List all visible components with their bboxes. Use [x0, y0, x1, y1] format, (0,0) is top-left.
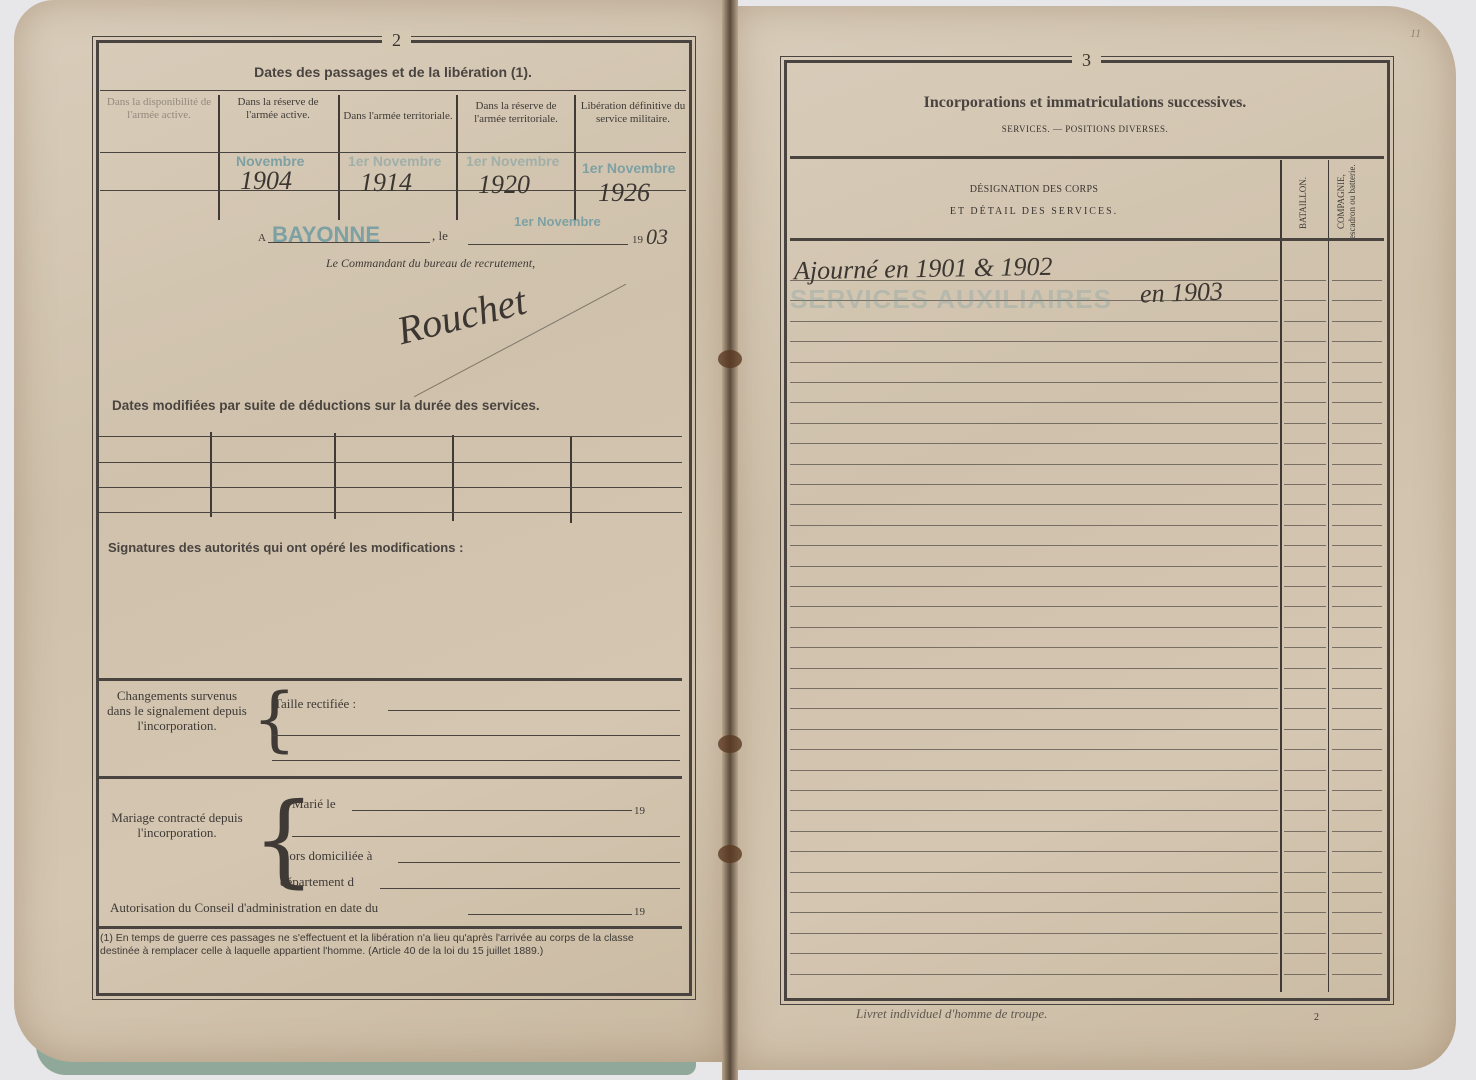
modified-dates-title: Dates modifiées par suite de déductions … — [112, 398, 540, 413]
ruled-line — [1284, 423, 1326, 424]
grid-line — [96, 512, 682, 513]
ruled-line — [1284, 525, 1326, 526]
domicile-field[interactable] — [398, 862, 680, 863]
header-divider — [790, 156, 1384, 159]
ruled-line — [790, 749, 1278, 750]
ruled-line — [1332, 647, 1382, 648]
col-divider — [218, 95, 220, 220]
ruled-line — [1332, 872, 1382, 873]
ruled-line — [1284, 464, 1326, 465]
ruled-line — [790, 586, 1278, 587]
ruled-line — [1284, 953, 1326, 954]
handwritten-year: 1920 — [478, 170, 530, 200]
page-number-left: 2 — [382, 30, 411, 51]
col-head-reserve-active: Dans la réserve de l'armée active. — [222, 96, 334, 122]
at-label: à — [280, 822, 286, 838]
ruled-line — [790, 321, 1278, 322]
authorization-year-prefix: 19 — [634, 906, 645, 918]
ruled-line — [1332, 362, 1382, 363]
department-field[interactable] — [380, 888, 680, 889]
handwritten-year: 1914 — [360, 168, 412, 198]
ruled-line — [790, 688, 1278, 689]
marriage-label: Mariage contracté depuis l'incorporation… — [104, 810, 250, 840]
stamp-novembre: 1er Novembre — [466, 153, 559, 169]
grid-line — [96, 462, 682, 463]
place-prefix: A — [258, 232, 266, 244]
ruled-line — [1284, 708, 1326, 709]
ruled-line — [1332, 810, 1382, 811]
designation-head-2: ET DÉTAIL DES SERVICES. — [790, 206, 1278, 217]
grid-line — [96, 487, 682, 488]
page-number-right: 3 — [1072, 50, 1101, 71]
ruled-line — [1284, 443, 1326, 444]
ruled-line — [1284, 586, 1326, 587]
section-divider — [96, 678, 682, 681]
col-head-liberation: Libération définitive du service militai… — [578, 100, 688, 126]
binding-stitch — [718, 735, 742, 753]
ruled-line — [1284, 688, 1326, 689]
ruled-line — [1284, 362, 1326, 363]
ruled-line — [790, 443, 1278, 444]
footer-number: 2 — [1314, 1012, 1319, 1023]
binding-stitch — [718, 845, 742, 863]
ruled-line — [1332, 566, 1382, 567]
commander-label: Le Commandant du bureau de recrutement, — [326, 256, 535, 271]
ruled-line — [1332, 341, 1382, 342]
ruled-line — [1332, 627, 1382, 628]
ruled-line — [790, 566, 1278, 567]
ruled-line — [1284, 504, 1326, 505]
entry-1903: en 1903 — [1140, 277, 1224, 310]
incorporations-title: Incorporations et immatriculations succe… — [790, 94, 1380, 112]
handwritten-year: 1926 — [598, 178, 650, 208]
col-divider — [574, 95, 576, 220]
ruled-line — [1284, 770, 1326, 771]
ruled-line — [790, 892, 1278, 893]
ruled-line — [1284, 790, 1326, 791]
ruled-line — [1332, 382, 1382, 383]
taille-label: Taille rectifiée : — [274, 696, 356, 712]
date-prefix: , le — [432, 228, 448, 244]
ruled-line — [790, 647, 1278, 648]
authorization-label: Autorisation du Conseil d'administration… — [110, 900, 378, 916]
col-head-disponibilite: Dans la disponibilité de l'armée active. — [104, 96, 214, 122]
grid-divider — [452, 435, 454, 521]
ruled-line — [1332, 443, 1382, 444]
ruled-line — [790, 933, 1278, 934]
changes-label: Changements survenus dans le signalement… — [104, 688, 250, 733]
handwritten-year-03: 03 — [646, 224, 668, 250]
ruled-line — [1284, 912, 1326, 913]
binding-stitch — [718, 350, 742, 368]
grid-divider — [334, 433, 336, 519]
ruled-line — [1332, 933, 1382, 934]
ruled-line — [1284, 321, 1326, 322]
ruled-line — [1284, 627, 1326, 628]
footer-livret: Livret individuel d'homme de troupe. — [856, 1006, 1047, 1022]
ruled-line — [1332, 321, 1382, 322]
ruled-line — [1284, 933, 1326, 934]
title-underline — [100, 90, 686, 91]
department-label: département d — [280, 874, 354, 890]
stamp-services-auxiliaires: SERVICES AUXILIAIRES — [790, 284, 1112, 315]
stamp-novembre: 1er Novembre — [348, 153, 441, 169]
col-head-territoriale: Dans l'armée territoriale. — [342, 110, 454, 123]
ruled-line — [1332, 953, 1382, 954]
ruled-line — [790, 402, 1278, 403]
section-divider — [96, 926, 682, 929]
ruled-line — [790, 831, 1278, 832]
ruled-line — [1284, 402, 1326, 403]
stamp-bayonne: BAYONNE — [272, 222, 380, 248]
col-divider — [338, 95, 340, 220]
domicile-label: alors domiciliée à — [280, 848, 372, 864]
ruled-line — [1284, 729, 1326, 730]
ruled-line — [1332, 504, 1382, 505]
changes-field[interactable] — [272, 735, 680, 736]
ruled-line — [1332, 423, 1382, 424]
ruled-line — [1332, 280, 1382, 281]
ruled-line — [1332, 586, 1382, 587]
ruled-line — [790, 525, 1278, 526]
ruled-line — [1332, 974, 1382, 975]
ruled-line — [790, 953, 1278, 954]
ruled-line — [1332, 892, 1382, 893]
ruled-line — [1332, 708, 1382, 709]
ruled-line — [790, 668, 1278, 669]
ruled-line — [1332, 402, 1382, 403]
entry-ajourne: Ajourné en 1901 & 1902 — [794, 252, 1053, 287]
place-line — [268, 242, 430, 243]
ruled-line — [1332, 606, 1382, 607]
ruled-line — [1332, 688, 1382, 689]
ruled-line — [1332, 729, 1382, 730]
ruled-line — [1284, 647, 1326, 648]
taille-field[interactable] — [388, 710, 680, 711]
brace-icon: { — [252, 684, 297, 754]
ruled-line — [1284, 484, 1326, 485]
ruled-line — [790, 708, 1278, 709]
corner-mark: 11 — [1410, 26, 1421, 41]
married-label: Marié le — [292, 796, 336, 812]
footnote: (1) En temps de guerre ces passages ne s… — [100, 932, 672, 958]
column-head-divider — [790, 238, 1384, 241]
ruled-line — [1284, 851, 1326, 852]
ruled-line — [1332, 484, 1382, 485]
ruled-line — [1332, 545, 1382, 546]
ruled-line — [790, 872, 1278, 873]
ruled-line — [790, 362, 1278, 363]
ruled-line — [790, 974, 1278, 975]
ruled-line — [790, 790, 1278, 791]
grid-line — [96, 436, 682, 437]
ruled-line — [790, 484, 1278, 485]
ruled-line — [790, 810, 1278, 811]
year-prefix: 19 — [632, 234, 643, 246]
ruled-line — [790, 912, 1278, 913]
company-head: COMPAGNIE, escadron ou batterie. — [1336, 164, 1372, 240]
married-place-field[interactable] — [292, 836, 680, 837]
ruled-line — [790, 504, 1278, 505]
ruled-line — [1284, 606, 1326, 607]
ruled-line — [1284, 382, 1326, 383]
ruled-line — [1332, 464, 1382, 465]
ruled-line — [1284, 300, 1326, 301]
ruled-line — [1284, 892, 1326, 893]
ruled-line — [1332, 749, 1382, 750]
ruled-line — [1284, 810, 1326, 811]
ruled-line — [1284, 749, 1326, 750]
ruled-line — [1284, 566, 1326, 567]
ruled-line — [790, 341, 1278, 342]
date-line — [468, 244, 628, 245]
married-date-field[interactable] — [352, 810, 632, 811]
stamp-novembre: 1er Novembre — [582, 160, 675, 176]
ruled-line — [1332, 668, 1382, 669]
married-year-prefix: 19 — [634, 805, 645, 817]
section-divider — [96, 776, 682, 779]
ruled-line — [1332, 851, 1382, 852]
handwritten-year: 1904 — [240, 166, 292, 196]
incorporations-subtitle: SERVICES. — POSITIONS DIVERSES. — [790, 124, 1380, 134]
ruled-line — [790, 545, 1278, 546]
col-divider — [456, 95, 458, 220]
col-head-reserve-territoriale: Dans la réserve de l'armée territoriale. — [460, 100, 572, 126]
ruled-line — [1284, 831, 1326, 832]
changes-field[interactable] — [272, 760, 680, 761]
ruled-line — [1284, 668, 1326, 669]
ruled-line — [1332, 770, 1382, 771]
ruled-line — [1284, 872, 1326, 873]
passages-title: Dates des passages et de la libération (… — [100, 64, 686, 80]
ruled-line — [1332, 525, 1382, 526]
ruled-line — [790, 606, 1278, 607]
ruled-line — [790, 851, 1278, 852]
ruled-line — [1332, 790, 1382, 791]
col-divider-company — [1328, 160, 1329, 992]
ruled-line — [790, 423, 1278, 424]
battalion-head: BATAILLON. — [1298, 170, 1309, 236]
ruled-line — [790, 382, 1278, 383]
ruled-line — [1332, 300, 1382, 301]
grid-divider — [570, 437, 572, 523]
ruled-line — [790, 770, 1278, 771]
authorization-date-field[interactable] — [468, 914, 632, 915]
book-gutter — [722, 0, 738, 1080]
grid-divider — [210, 432, 212, 517]
col-divider-battalion — [1280, 160, 1282, 992]
ruled-line — [1284, 341, 1326, 342]
ruled-line — [1284, 974, 1326, 975]
ruled-line — [1332, 831, 1382, 832]
ruled-line — [790, 464, 1278, 465]
designation-head-1: DÉSIGNATION DES CORPS — [790, 184, 1278, 195]
ruled-line — [1284, 545, 1326, 546]
ruled-line — [790, 729, 1278, 730]
ruled-line — [1284, 280, 1326, 281]
stamp-date: 1er Novembre — [514, 214, 601, 229]
ruled-line — [1332, 912, 1382, 913]
signatures-title: Signatures des autorités qui ont opéré l… — [108, 540, 463, 555]
ruled-line — [790, 627, 1278, 628]
